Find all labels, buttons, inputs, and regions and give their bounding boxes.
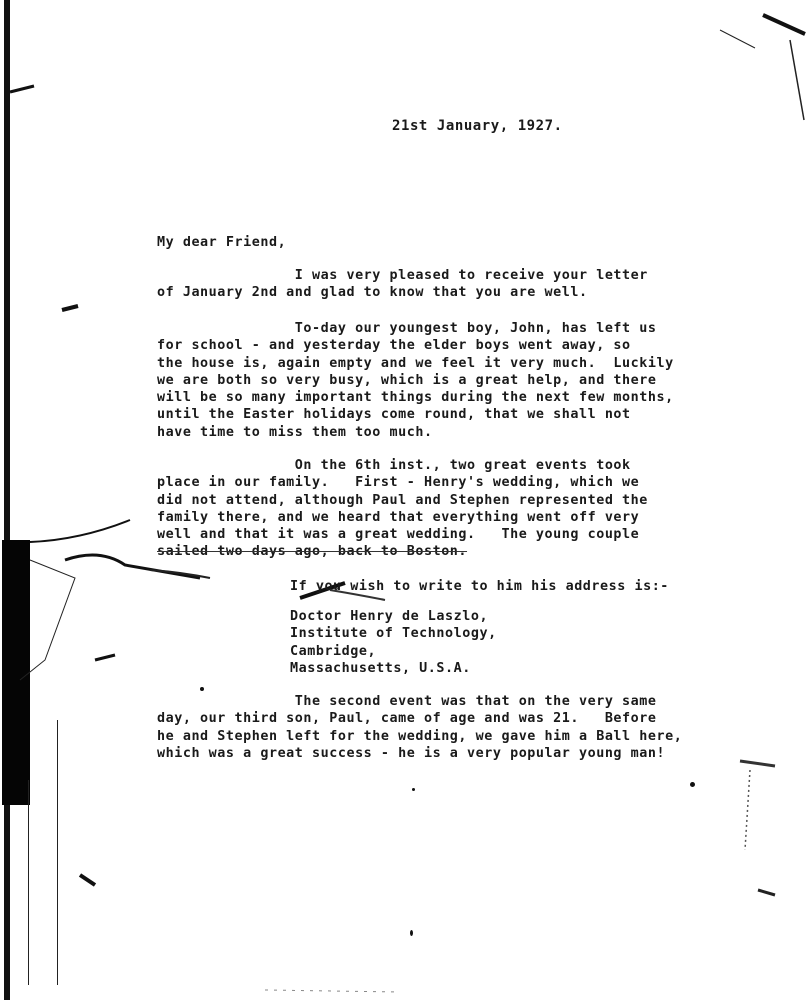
- text-line: have time to miss them too much.: [157, 424, 674, 441]
- address-line: Doctor Henry de Laszlo,: [290, 608, 497, 625]
- address-line: Cambridge,: [290, 643, 497, 660]
- text-line: of January 2nd and glad to know that you…: [157, 284, 648, 301]
- struck-text-line: sailed two days ago, back to Boston.: [157, 543, 648, 560]
- address-line: Institute of Technology,: [290, 625, 497, 642]
- text-line: for school - and yesterday the elder boy…: [157, 337, 674, 354]
- text-line: well and that it was a great wedding. Th…: [157, 526, 648, 543]
- text-line: we are both so very busy, which is a gre…: [157, 372, 674, 389]
- address-line: Massachusetts, U.S.A.: [290, 660, 497, 677]
- fold-line: [28, 780, 29, 985]
- salutation: My dear Friend,: [157, 234, 286, 251]
- scan-speck: [690, 782, 695, 787]
- address-intro: If you wish to write to him his address …: [290, 578, 669, 595]
- text-line: place in our family. First - Henry's wed…: [157, 474, 648, 491]
- paragraph-2: To-day our youngest boy, John, has left …: [157, 320, 674, 441]
- text-line: which was a great success - he is a very…: [157, 745, 682, 762]
- text-line: family there, and we heard that everythi…: [157, 509, 648, 526]
- text-line: The second event was that on the very sa…: [157, 693, 682, 710]
- text-line: day, our third son, Paul, came of age an…: [157, 710, 682, 727]
- fold-line: [57, 720, 58, 985]
- scan-dark-fold: [2, 540, 30, 805]
- address-block: Doctor Henry de Laszlo, Institute of Tec…: [290, 608, 497, 677]
- text-line: To-day our youngest boy, John, has left …: [157, 320, 674, 337]
- text-line: I was very pleased to receive your lette…: [157, 267, 648, 284]
- text-line: he and Stephen left for the wedding, we …: [157, 728, 682, 745]
- text-line: On the 6th inst., two great events took: [157, 457, 648, 474]
- letter-page: 21st January, 1927. My dear Friend, I wa…: [0, 0, 811, 1000]
- letter-date: 21st January, 1927.: [392, 118, 563, 135]
- text-line: did not attend, although Paul and Stephe…: [157, 492, 648, 509]
- scan-speck: [200, 687, 204, 691]
- scan-speck: [412, 788, 415, 791]
- paragraph-1: I was very pleased to receive your lette…: [157, 267, 648, 302]
- text-line: the house is, again empty and we feel it…: [157, 355, 674, 372]
- scan-left-edge: [4, 0, 10, 1000]
- paragraph-4: The second event was that on the very sa…: [157, 693, 682, 762]
- text-line: until the Easter holidays come round, th…: [157, 406, 674, 423]
- text-line: will be so many important things during …: [157, 389, 674, 406]
- paragraph-3: On the 6th inst., two great events took …: [157, 457, 648, 561]
- scan-speck: [410, 930, 413, 936]
